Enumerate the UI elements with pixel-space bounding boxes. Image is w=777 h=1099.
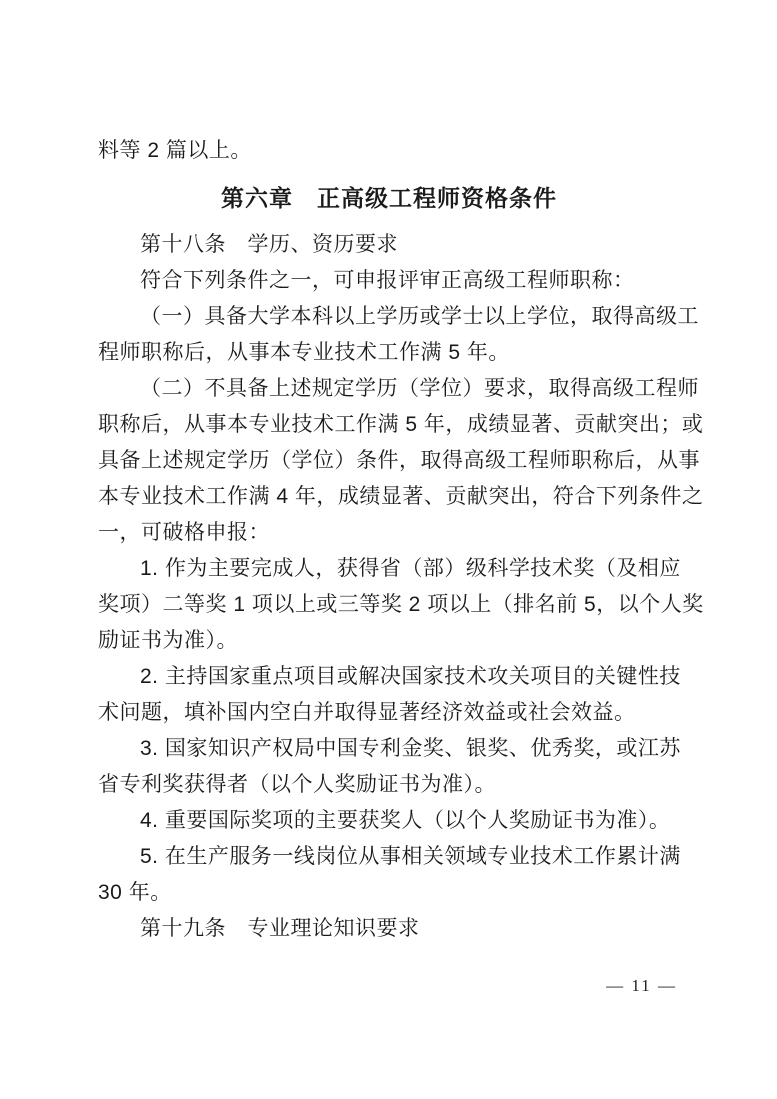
body-line: 4. 重要国际奖项的主要获奖人（以个人奖励证书为准）。	[98, 803, 680, 839]
page-number: — 11 —	[606, 976, 677, 996]
body-line: 1. 作为主要完成人，获得省（部）级科学技术奖（及相应	[98, 551, 680, 587]
body-line: 具备上述规定学历（学位）条件，取得高级工程师职称后，从事	[98, 443, 680, 479]
body-line: 本专业技术工作满 4 年，成绩显著、贡献突出，符合下列条件之	[98, 479, 680, 515]
body-line: 30 年。	[98, 875, 680, 911]
body-line: 2. 主持国家重点项目或解决国家技术攻关项目的关键性技	[98, 659, 680, 695]
body-line: 省专利奖获得者（以个人奖励证书为准）。	[98, 767, 680, 803]
body-line: 符合下列条件之一，可申报评审正高级工程师职称：	[98, 263, 680, 299]
body-line: 料等 2 篇以上。	[98, 133, 680, 169]
body-line: 职称后，从事本专业技术工作满 5 年，成绩显著、贡献突出；或	[98, 407, 680, 443]
document-page: 料等 2 篇以上。第六章 正高级工程师资格条件第十八条 学历、资历要求符合下列条…	[0, 0, 777, 1099]
article-19-heading: 第十九条 专业理论知识要求	[98, 911, 680, 947]
body-line: 一，可破格申报：	[98, 515, 680, 551]
body-line: （二）不具备上述规定学历（学位）要求，取得高级工程师	[98, 371, 680, 407]
body-line: 程师职称后，从事本专业技术工作满 5 年。	[98, 335, 680, 371]
article-18-heading: 第十八条 学历、资历要求	[98, 227, 680, 263]
body-line: 奖项）二等奖 1 项以上或三等奖 2 项以上（排名前 5，以个人奖	[98, 587, 680, 623]
body-line: 3. 国家知识产权局中国专利金奖、银奖、优秀奖，或江苏	[98, 731, 680, 767]
chapter-heading: 第六章 正高级工程师资格条件	[98, 175, 680, 221]
body-line: （一）具备大学本科以上学历或学士以上学位，取得高级工	[98, 299, 680, 335]
body-line: 励证书为准）。	[98, 623, 680, 659]
body-line: 5. 在生产服务一线岗位从事相关领域专业技术工作累计满	[98, 839, 680, 875]
body-line: 术问题，填补国内空白并取得显著经济效益或社会效益。	[98, 695, 680, 731]
document-body: 料等 2 篇以上。第六章 正高级工程师资格条件第十八条 学历、资历要求符合下列条…	[98, 133, 680, 947]
